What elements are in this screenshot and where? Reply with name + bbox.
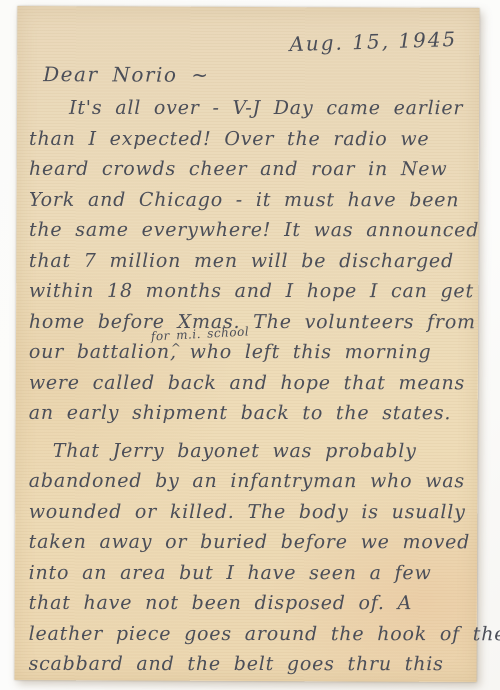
letter-line: wounded or killed. The body is usually [29,496,474,527]
letter-line: taken away or buried before we moved [29,527,474,558]
letter-line: leather piece goes around the hook of th… [29,618,474,649]
letter-line: into an area but I have seen a few [29,557,474,588]
letter-line: that have not been disposed of. A [29,588,474,619]
letter-body: It's all over - V-J Day came earlier tha… [29,93,475,680]
letter-line: an early shipment back to the states. [29,398,474,429]
letter-line: scabbard and the belt goes thru this [29,649,474,680]
letter-line: That Jerry bayonet was probably [29,435,474,466]
letter-line: abandoned by an infantryman who was [29,466,474,497]
letter-salutation: Dear Norio ~ [43,62,209,87]
letter-date: Aug. 15, 1945 [289,27,458,56]
letter-line: our battalion, who left this morning [29,337,474,368]
letter-line: within 18 months and I hope I can get [29,276,474,307]
letter-line: It's all over - V-J Day came earlier [29,93,474,124]
letter-line: York and Chicago - it must have been [29,184,474,215]
insertion-caret-mark: ^ [171,341,181,355]
letter-paper: Aug. 15, 1945 Dear Norio ~ It's all over… [15,6,480,682]
letter-line: heard crowds cheer and roar in New [29,154,474,185]
letter-line: the same everywhere! It was announced [29,215,474,246]
letter-line: home before Xmas. The volunteers from [29,306,474,337]
letter-scan: Aug. 15, 1945 Dear Norio ~ It's all over… [0,0,500,690]
letter-line: that 7 million men will be discharged [29,245,474,276]
letter-line: were called back and hope that means [29,367,474,398]
letter-line: than I expected! Over the radio we [29,123,474,154]
